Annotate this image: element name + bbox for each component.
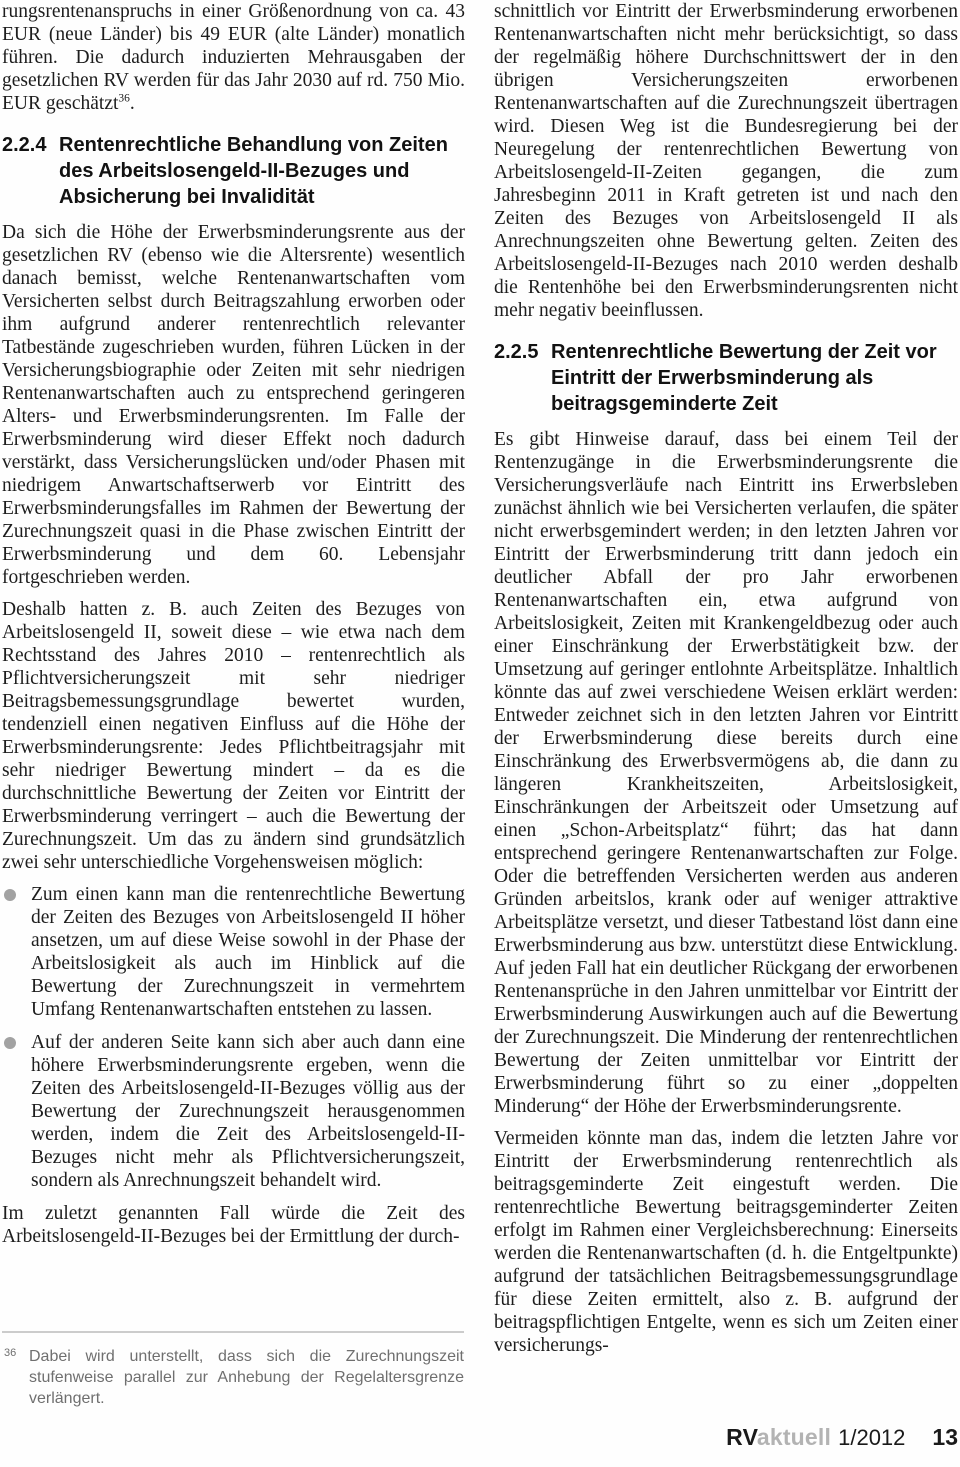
footnote: 36Dabei wird unterstellt, dass sich die …: [2, 1331, 464, 1409]
page-footer: RVaktuell 1/2012 13: [494, 1424, 958, 1451]
footnote-reference: 36: [118, 93, 130, 105]
list-item: Zum einen kann man die rentenrechtliche …: [2, 883, 465, 1021]
journal-logo-rv: RV: [726, 1424, 757, 1450]
journal-logo-aktuell: aktuell: [757, 1424, 831, 1450]
right-column: schnittlich vor Eintritt der Erwerbsmind…: [494, 0, 958, 1366]
issue-label: 1/2012: [838, 1425, 905, 1451]
paragraph: schnittlich vor Eintritt der Erwerbsmind…: [494, 0, 958, 322]
page-number: 13: [932, 1424, 958, 1451]
list-item-text: Auf der anderen Seite kann sich aber auc…: [31, 1031, 465, 1192]
document-page: rungsrentenanspruchs in einer Größenordn…: [0, 0, 960, 1467]
paragraph-text: rungsrentenanspruchs in einer Größenordn…: [2, 1, 465, 114]
paragraph: Deshalb hatten z. B. auch Zeiten des Bez…: [2, 598, 465, 874]
footnote-divider: [2, 1331, 464, 1333]
paragraph: Im zuletzt genannten Fall würde die Zeit…: [2, 1202, 465, 1248]
list-item-text: Zum einen kann man die rentenrechtliche …: [31, 883, 465, 1021]
journal-logo: RVaktuell: [726, 1424, 831, 1451]
bullet-list: Zum einen kann man die rentenrechtliche …: [2, 883, 465, 1192]
section-number: 2.2.4: [2, 132, 59, 210]
left-column: rungsrentenanspruchs in einer Größenordn…: [2, 0, 465, 1257]
paragraph: Es gibt Hinweise darauf, dass bei einem …: [494, 428, 958, 1118]
bullet-dot-icon: [4, 889, 16, 901]
footnote-text: Dabei wird unterstellt, dass sich die Zu…: [29, 1348, 464, 1407]
bullet-dot-icon: [4, 1037, 16, 1049]
list-item: Auf der anderen Seite kann sich aber auc…: [2, 1031, 465, 1192]
footnote-text-block: 36Dabei wird unterstellt, dass sich die …: [2, 1346, 464, 1409]
section-title: Rentenrechtliche Bewertung der Zeit vor …: [551, 339, 958, 417]
paragraph-intro-continuation: rungsrentenanspruchs in einer Größenordn…: [2, 0, 465, 115]
paragraph: Vermeiden könnte man das, indem die letz…: [494, 1127, 958, 1357]
section-heading-2-2-5: 2.2.5 Rentenrechtliche Bewertung der Zei…: [494, 339, 958, 417]
section-number: 2.2.5: [494, 339, 551, 417]
section-heading-2-2-4: 2.2.4 Rentenrechtliche Behandlung von Ze…: [2, 132, 465, 210]
paragraph-text: .: [130, 93, 135, 114]
section-title: Rentenrechtliche Behandlung von Zeiten d…: [59, 132, 465, 210]
footnote-marker: 36: [4, 1343, 16, 1364]
paragraph: Da sich die Höhe der Erwerbsminderungsre…: [2, 221, 465, 589]
